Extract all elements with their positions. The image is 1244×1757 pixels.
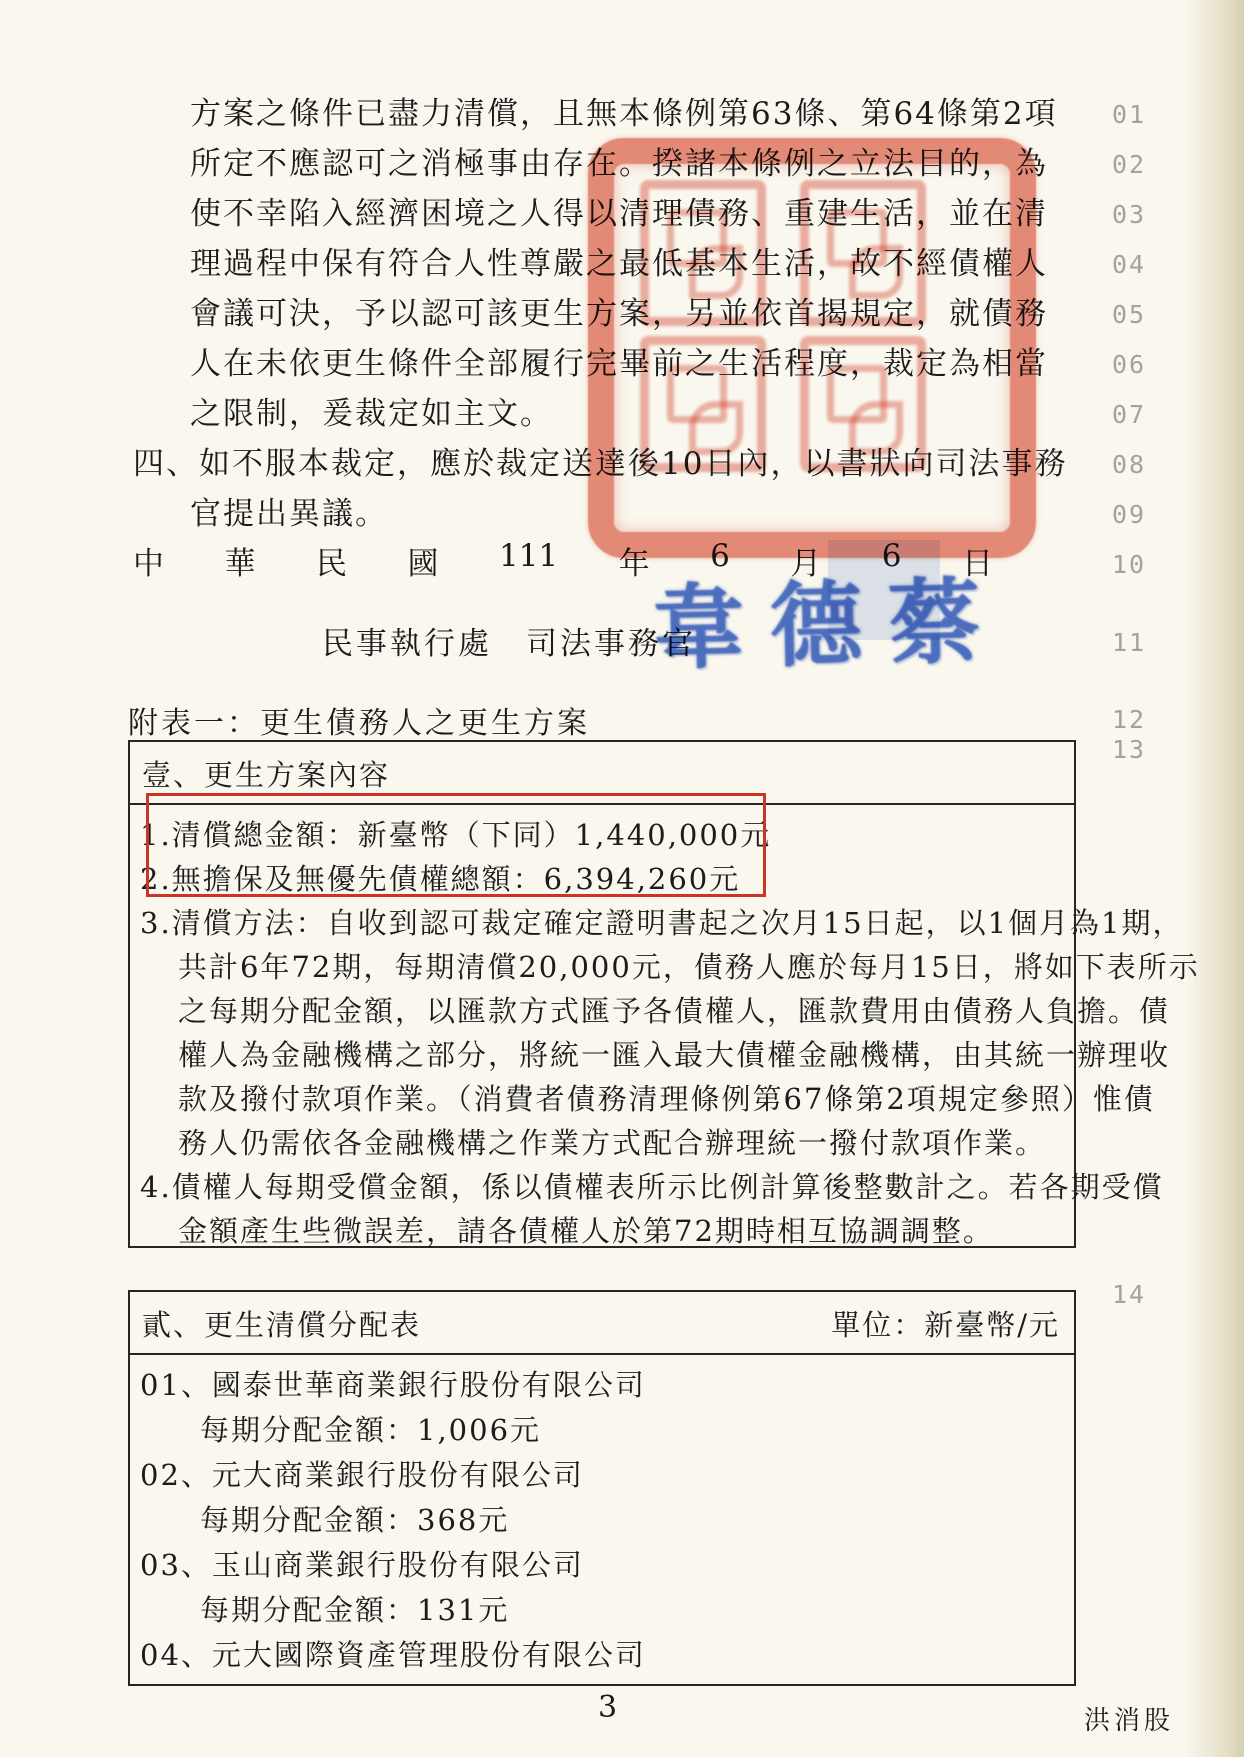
margin-line-number: 04 (1112, 250, 1146, 279)
creditor-amount: 每期分配金額：368元 (130, 1498, 1074, 1543)
plan-line-total-repayment: 1.清償總金額：新臺幣（下同）1,440,000元 (130, 813, 1074, 857)
date-part: 國 (407, 538, 438, 583)
scan-edge-shadow (1186, 0, 1244, 1757)
page-number: 3 (598, 1690, 617, 1725)
ruling-text-line: 使不幸陷入經濟困境之人得以清理債務、重建生活，並在清 (190, 188, 1048, 233)
ruling-text-line: 四、如不服本裁定，應於裁定送達後10日內，以書狀向司法事務 (133, 438, 1067, 483)
margin-line-number: 06 (1112, 350, 1146, 379)
plan-content-table-body: 1.清償總金額：新臺幣（下同）1,440,000元 2.無擔保及無優先債權總額：… (130, 805, 1074, 1253)
date-part-year: 111 (499, 538, 558, 583)
signer-title-line: 民事執行處 司法事務官 (322, 618, 696, 663)
margin-line-number: 12 (1112, 705, 1146, 734)
date-part: 年 (619, 538, 650, 583)
margin-line-number: 09 (1112, 500, 1146, 529)
table-header-label: 壹、更生方案內容 (142, 753, 390, 794)
plan-content-table-header: 壹、更生方案內容 (130, 742, 1074, 805)
plan-line-method: 款及撥付款項作業。（消費者債務清理條例第67條第2項規定參照）惟債 (130, 1077, 1074, 1121)
date-part: 華 (224, 538, 255, 583)
signatory-name-stamp: 韋德蔡 (651, 549, 984, 688)
margin-line-number: 08 (1112, 450, 1146, 479)
plan-line-method: 務人仍需依各金融機構之作業方式配合辦理統一撥付款項作業。 (130, 1121, 1074, 1165)
table-header-label: 貳、更生清償分配表 (142, 1303, 421, 1344)
ruling-text-line: 理過程中保有符合人性尊嚴之最低基本生活，故不經債權人 (190, 238, 1048, 283)
margin-line-number: 10 (1112, 550, 1146, 579)
plan-line-rounding: 金額產生些微誤差，請各債權人於第72期時相互協調調整。 (130, 1209, 1074, 1253)
creditor-name: 02、元大商業銀行股份有限公司 (130, 1453, 1074, 1498)
table-unit-label: 單位：新臺幣/元 (831, 1303, 1060, 1344)
division-label: 洪消股 (1084, 1700, 1174, 1737)
margin-line-number: 02 (1112, 150, 1146, 179)
margin-line-number: 14 (1112, 1280, 1146, 1309)
creditor-amount: 每期分配金額：1,006元 (130, 1408, 1074, 1453)
creditor-name: 01、國泰世華商業銀行股份有限公司 (130, 1363, 1074, 1408)
distribution-table: 貳、更生清償分配表 單位：新臺幣/元 01、國泰世華商業銀行股份有限公司 每期分… (128, 1290, 1076, 1686)
distribution-table-header: 貳、更生清償分配表 單位：新臺幣/元 (130, 1292, 1074, 1355)
plan-line-method: 之每期分配金額，以匯款方式匯予各債權人，匯款費用由債務人負擔。債 (130, 989, 1074, 1033)
plan-line-rounding: 4.債權人每期受償金額，係以債權表所示比例計算後整數計之。若各期受償 (130, 1165, 1074, 1209)
ruling-text-line: 官提出異議。 (190, 488, 388, 533)
plan-line-method: 共計6年72期，每期清償20,000元，債務人應於每月15日，將如下表所示 (130, 945, 1074, 989)
plan-line-method: 權人為金融機構之部分，將統一匯入最大債權金融機構，由其統一辦理收 (130, 1033, 1074, 1077)
creditor-name: 03、玉山商業銀行股份有限公司 (130, 1543, 1074, 1588)
date-part: 中 (133, 538, 164, 583)
plan-line-unsecured-total: 2.無擔保及無優先債權總額：6,394,260元 (130, 857, 1074, 901)
plan-line-method: 3.清償方法：自收到認可裁定確定證明書起之次月15日起，以1個月為1期， (130, 901, 1074, 945)
creditor-name: 04、元大國際資產管理股份有限公司 (130, 1633, 1074, 1678)
margin-line-number: 07 (1112, 400, 1146, 429)
distribution-table-body: 01、國泰世華商業銀行股份有限公司 每期分配金額：1,006元 02、元大商業銀… (130, 1355, 1074, 1678)
attachment-title: 附表一：更生債務人之更生方案 (128, 698, 590, 742)
document-page: 方案之條件已盡力清償，且無本條例第63條、第64條第2項 所定不應認可之消極事由… (0, 0, 1244, 1757)
plan-content-table: 壹、更生方案內容 1.清償總金額：新臺幣（下同）1,440,000元 2.無擔保… (128, 740, 1076, 1248)
ruling-text-line: 之限制，爰裁定如主文。 (190, 388, 553, 433)
margin-line-number: 11 (1112, 628, 1146, 657)
ruling-text-line: 所定不應認可之消極事由存在。揆諸本條例之立法目的，為 (190, 138, 1048, 183)
ruling-text-line: 方案之條件已盡力清償，且無本條例第63條、第64條第2項 (190, 88, 1058, 133)
margin-line-number: 03 (1112, 200, 1146, 229)
ruling-text-line: 會議可決，予以認可該更生方案，另並依首揭規定，就債務 (190, 288, 1048, 333)
date-part: 民 (316, 538, 347, 583)
margin-line-number: 01 (1112, 100, 1146, 129)
margin-line-number: 05 (1112, 300, 1146, 329)
ruling-text-line: 人在未依更生條件全部履行完畢前之生活程度，裁定為相當 (190, 338, 1048, 383)
creditor-amount: 每期分配金額：131元 (130, 1588, 1074, 1633)
margin-line-number: 13 (1112, 735, 1146, 764)
